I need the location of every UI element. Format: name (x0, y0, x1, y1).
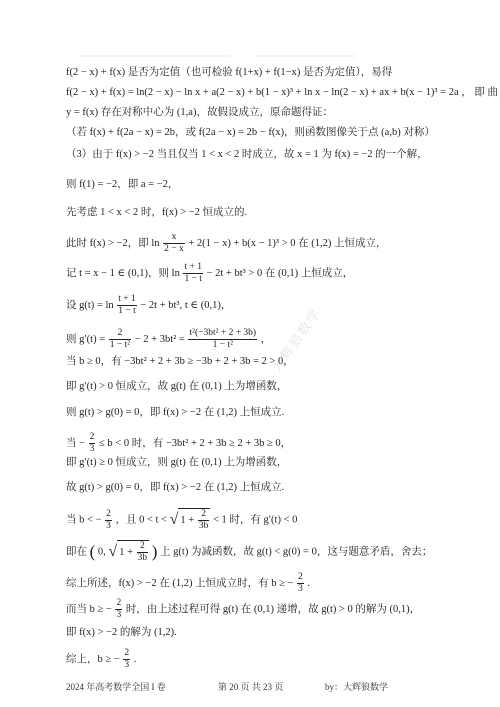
text-segment: 即在 (66, 546, 87, 557)
formula-line: 而当 b ≥ − 23 时，由上述过程可得 g(t) 在 (0,1) 递增，故 … (66, 598, 420, 621)
text-segment: ， (261, 334, 272, 345)
numerator: t + 1 (117, 294, 137, 306)
denominator: 2 − x (163, 244, 185, 255)
radical-icon: √ (170, 511, 179, 528)
text-line: f(2 − x) + f(x) 是否为定值（也可检验 f(1+x) + f(1−… (66, 66, 392, 80)
text-segment: 设 g(t) = ln (66, 300, 114, 311)
text-line: y = f(x) 存在对称中心为 (1,a)，故假设成立，原命题得证： (66, 106, 333, 120)
text-segment: 记 t = x − 1 ∈ (0,1)，则 ln (66, 268, 180, 279)
text-segment: 综上，b ≥ − (66, 654, 120, 665)
numerator: 2 (105, 509, 112, 521)
fraction: 23 (297, 572, 304, 595)
text-segment: . (134, 654, 137, 665)
numerator: t²(−3bt² + 2 + 3b) (188, 328, 257, 340)
text-segment: 0, (98, 546, 106, 557)
text-line: （若 f(x) + f(2a − x) = 2b，或 f(2a − x) = 2… (66, 126, 435, 140)
footer-page-number: 第 20 页 共 23 页 (218, 680, 283, 693)
denominator: 3 (89, 444, 96, 455)
text-line: f(2 − x) + f(x) = ln(2 − x) − ln x + a(2… (66, 86, 500, 100)
footer-left: 2024 年高考数学全国 I 卷 (66, 680, 166, 693)
numerator: 2 (137, 541, 149, 553)
fraction: t + 11 − t (117, 294, 137, 317)
formula-line: 设 g(t) = ln t + 11 − t − 2t + bt³, t ∈ (… (66, 294, 231, 317)
denominator: 3 (105, 521, 112, 532)
text-segment: 而当 b ≥ − (66, 604, 112, 615)
text-segment: 此时 f(x) > −2，即 ln (66, 238, 160, 249)
text-segment: 当 b < − (66, 514, 101, 525)
text-segment: − 2t + bt³, t ∈ (0,1)， (140, 300, 231, 311)
numerator: 2 (115, 598, 122, 610)
ghost-line (80, 55, 230, 57)
text-line: 当 b ≥ 0，有 −3bt² + 2 + 3b ≥ −3b + 2 + 3b … (66, 355, 294, 369)
denominator: 1 − t² (109, 340, 131, 351)
denominator: 1 − t² (188, 340, 257, 351)
fraction: 23 (89, 432, 96, 455)
text-segment: ，且 0 < t < (115, 514, 167, 525)
numerator: 2 (109, 328, 131, 340)
denominator: 3 (115, 610, 122, 621)
text-segment: 1 + (119, 547, 133, 558)
text-segment: − 2 + 3bt² = (135, 334, 185, 345)
text-line: 则 g(t) > g(0) = 0，即 f(x) > −2 在 (1,2) 上恒… (66, 406, 284, 420)
fraction: 23 (115, 598, 122, 621)
ghost-line (255, 55, 355, 57)
formula-line: 此时 f(x) > −2，即 ln x2 − x + 2(1 − x) + b(… (66, 232, 387, 255)
fraction: t + 11 − t (183, 262, 203, 285)
numerator: x (163, 232, 185, 244)
paren-close: ) (152, 542, 158, 561)
text-segment: 则 g′(t) = (66, 334, 105, 345)
numerator: 2 (297, 572, 304, 584)
text-segment: . (307, 578, 310, 589)
denominator: 1 − t (117, 306, 137, 317)
radical-icon: √ (108, 543, 117, 560)
text-segment: 1 + (180, 515, 194, 526)
denominator: 3b (198, 521, 210, 532)
numerator: 2 (198, 509, 210, 521)
text-segment: < 1 时，有 g′(t) < 0 (213, 514, 297, 525)
text-line: 即 g′(t) ≥ 0 恒成立，则 g(t) 在 (0,1) 上为增函数， (66, 456, 287, 470)
text-segment: + 2(1 − x) + b(x − 1)³ > 0 在 (1,2) 上恒成立， (188, 238, 386, 249)
formula-line: 则 g′(t) = 21 − t² − 2 + 3bt² = t²(−3bt² … (66, 328, 271, 351)
text-line: 故 g(t) > g(0) = 0，即 f(x) > −2 在 (1,2) 上恒… (66, 481, 284, 495)
text-line: 则 f(1) = −2，即 a = −2， (66, 178, 178, 192)
numerator: t + 1 (183, 262, 203, 274)
fraction: x2 − x (163, 232, 185, 255)
formula-line: 即在 ( 0, √1 + 23b ) 上 g(t) 为减函数，故 g(t) < … (66, 540, 432, 564)
formula-line: 综上，b ≥ − 23 . (66, 648, 136, 671)
paren-open: ( (90, 542, 96, 561)
fraction: 23b (198, 509, 210, 532)
fraction: 23 (123, 648, 130, 671)
text-segment: 上 g(t) 为减函数，故 g(t) < g(0) = 0，这与题意矛盾，舍去； (160, 546, 432, 557)
numerator: 2 (89, 432, 96, 444)
text-line: （3）由于 f(x) > −2 当且仅当 1 < x < 2 时成立，故 x =… (66, 148, 428, 162)
square-root: 1 + 23b (117, 540, 149, 564)
fraction: 21 − t² (109, 328, 131, 351)
text-segment: 时，由上述过程可得 g(t) 在 (0,1) 递增，故 g(t) > 0 的解为… (126, 604, 420, 615)
fraction: 23b (137, 541, 149, 564)
text-line: 即 g′(t) > 0 恒成立，故 g(t) 在 (0,1) 上为增函数， (66, 380, 287, 394)
formula-line: 当 b < − 23 ，且 0 < t < √1 + 23b < 1 时，有 g… (66, 508, 297, 532)
text-line: 即 f(x) > −2 的解为 (1,2). (66, 626, 177, 640)
formula-line: 记 t = x − 1 ∈ (0,1)，则 ln t + 11 − t − 2t… (66, 262, 353, 285)
square-root: 1 + 23b (178, 508, 210, 532)
formula-line: 综上所述，f(x) > −2 在 (1,2) 上恒成立时，有 b ≥ − 23 … (66, 572, 310, 595)
fraction: 23 (105, 509, 112, 532)
text-segment: ≤ b < 0 时，有 −3bt² + 2 + 3b ≥ 2 + 3b ≥ 0， (99, 438, 291, 449)
denominator: 3 (123, 660, 130, 671)
text-line: 先考虑 1 < x < 2 时，f(x) > −2 恒成立的. (66, 206, 247, 220)
text-segment: 当 − (66, 438, 85, 449)
fraction: t²(−3bt² + 2 + 3b)1 − t² (188, 328, 257, 351)
denominator: 3 (297, 584, 304, 595)
text-segment: 综上所述，f(x) > −2 在 (1,2) 上恒成立时，有 b ≥ − (66, 578, 293, 589)
formula-line: 当 − 23 ≤ b < 0 时，有 −3bt² + 2 + 3b ≥ 2 + … (66, 432, 291, 455)
denominator: 3b (137, 553, 149, 564)
denominator: 1 − t (183, 274, 203, 285)
footer-author: by：大辉狼数学 (325, 680, 388, 693)
text-segment: − 2t + bt³ > 0 在 (0,1) 上恒成立， (207, 268, 354, 279)
numerator: 2 (123, 648, 130, 660)
